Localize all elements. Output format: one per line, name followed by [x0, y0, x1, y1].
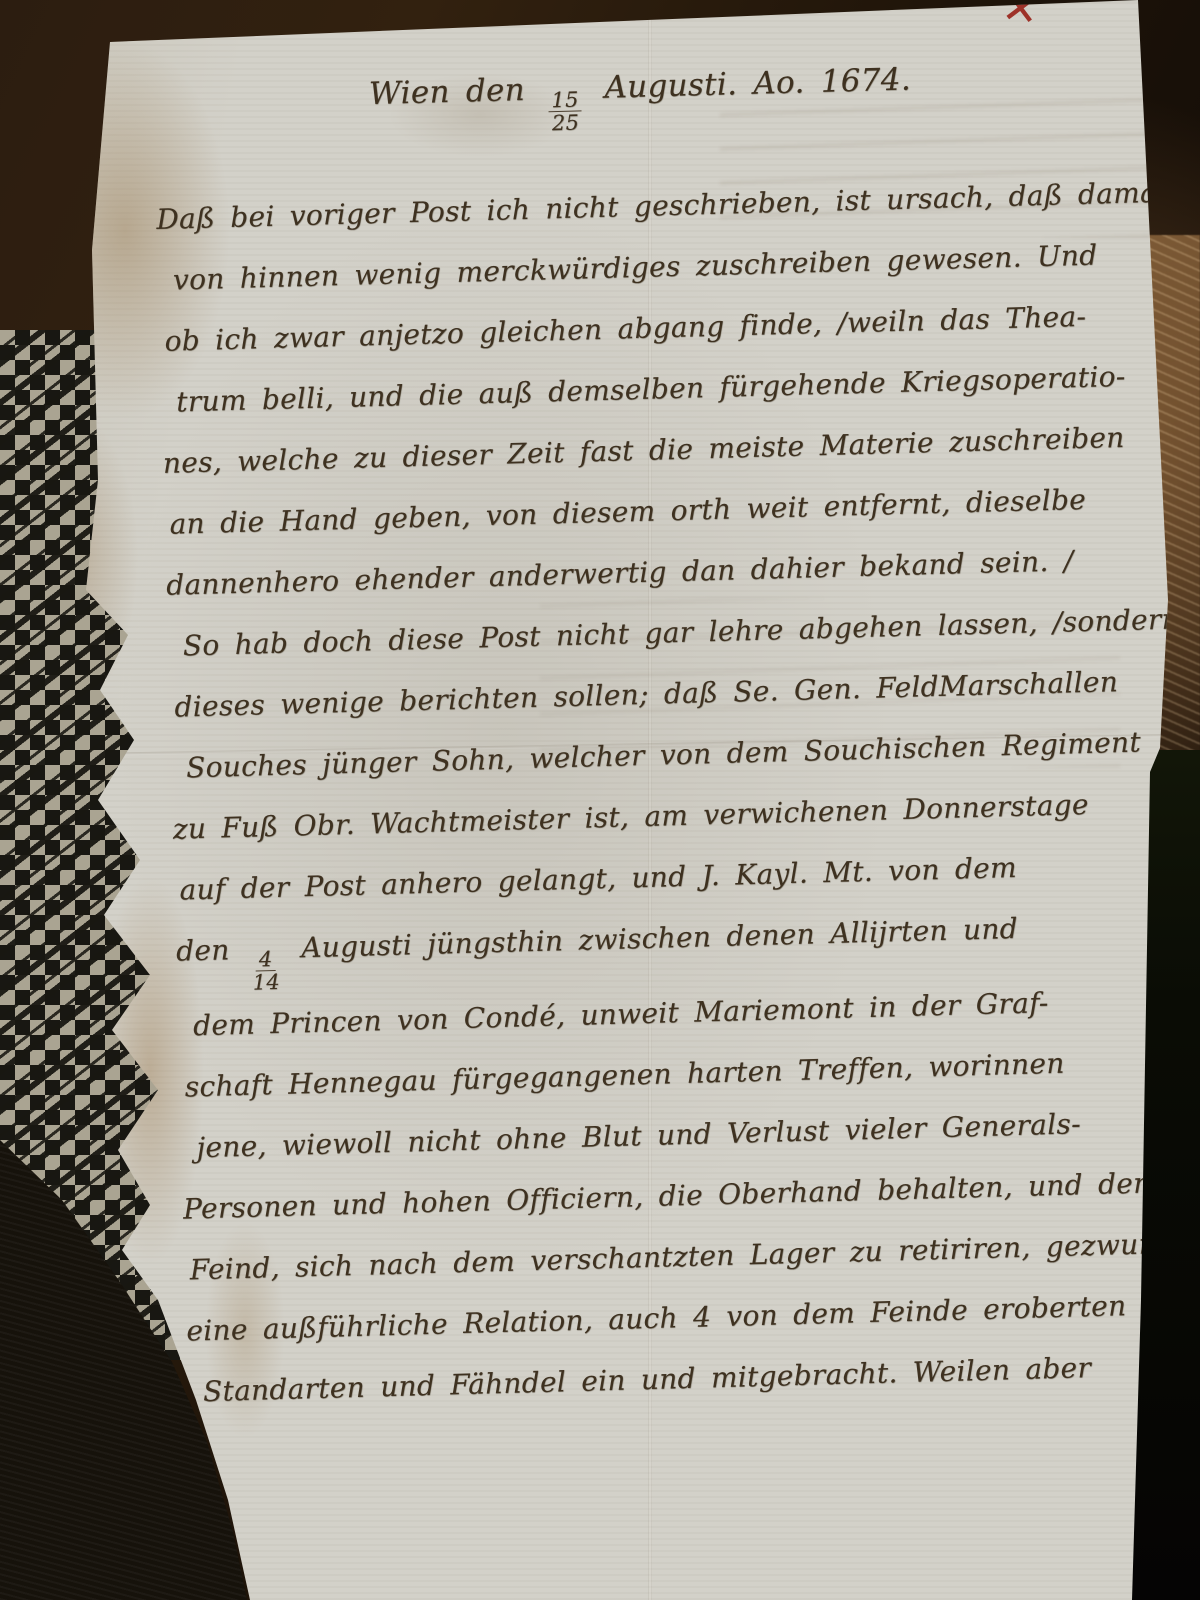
- red-cross-mark: ✕: [999, 0, 1043, 37]
- heading-month-year: Augusti. Ao. 1674.: [604, 61, 911, 105]
- letter-paper-sheet: Wien den 15 25 Augusti. Ao. 1674. Daß be…: [0, 0, 1200, 1600]
- date-fraction: 15 25: [548, 88, 583, 134]
- letter-heading: Wien den 15 25 Augusti. Ao. 1674.: [368, 43, 1159, 139]
- photo-of-manuscript-letter: Wien den 15 25 Augusti. Ao. 1674. Daß be…: [0, 0, 1200, 1600]
- top-edge-smudge: [118, 0, 1142, 35]
- letter-text: Wien den 15 25 Augusti. Ao. 1674. Daß be…: [152, 33, 1194, 1423]
- date-fraction: 4 14: [252, 948, 281, 994]
- heading-place-date: Wien den: [369, 72, 526, 112]
- letter-body: Daß bei voriger Post ich nicht geschrieb…: [155, 162, 1193, 1423]
